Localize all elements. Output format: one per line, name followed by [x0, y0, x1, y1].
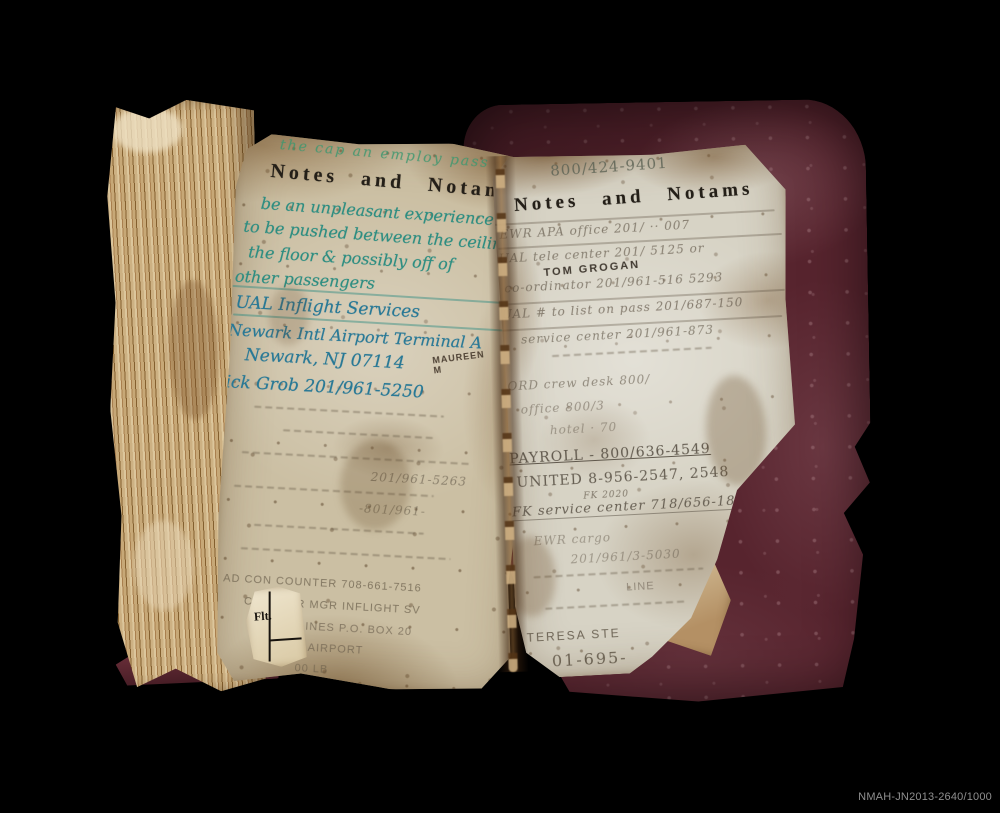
- page-edge-highlight: [112, 106, 183, 153]
- illegible-scribble: [283, 429, 433, 439]
- stamp-line: M: [433, 364, 443, 375]
- pencil-line: AIRPORT: [307, 642, 363, 657]
- page-edge-highlight: [133, 520, 195, 611]
- handwritten-line: Newark, NJ 07114: [244, 345, 405, 373]
- illegible-scribble: [552, 347, 712, 358]
- handwritten-line: UAL Inflight Services: [235, 293, 420, 323]
- right-top-number: 800/424-9401: [550, 154, 669, 180]
- pencil-line: 00 LB: [294, 662, 328, 676]
- pencil-line: UAL # to list on pass 201/687-150: [501, 295, 743, 322]
- photo-caption: NMAH-JN2013-2640/1000: [858, 791, 992, 803]
- page-edge-shadow: [168, 279, 221, 420]
- pencil-line: LINE: [626, 580, 655, 593]
- pencil-line: hotel · 70: [550, 420, 618, 438]
- pencil-line: office 800/3: [520, 398, 605, 416]
- illegible-scribble: [533, 567, 703, 578]
- pencil-line: ORD crew desk 800/: [507, 372, 650, 393]
- stain: [338, 438, 413, 532]
- maureen-stamp: MAUREEN M: [432, 349, 487, 375]
- pencil-line: 201/961/3-5030: [570, 547, 681, 567]
- illegible-scribble: [241, 547, 451, 560]
- handwritten-line: ick Grob 201/961-5250: [225, 372, 424, 402]
- illegible-scribble: [254, 524, 424, 535]
- pencil-line: AD CON COUNTER 708-661-7516: [223, 572, 422, 594]
- stamp-line: MAUREEN: [432, 349, 485, 365]
- pencil-line: PAYROLL - 800/636-4549: [509, 441, 711, 468]
- fragment-rule: [269, 592, 271, 662]
- bottom-name: TERESA STE: [526, 626, 621, 645]
- bottom-number: 01-695-: [551, 648, 628, 671]
- pencil-line: co-ordinator 201/961-516 5293: [504, 270, 724, 295]
- pencil-line: FK service center 718/656-1897: [512, 493, 755, 522]
- fragment-rule: [270, 637, 302, 641]
- photo-frame: the cap an employ pass Notes and Notams …: [0, 0, 1000, 813]
- right-notes-header: Notes and Notams: [513, 178, 754, 217]
- pencil-line: UNITED 8-956-2547, 2548: [516, 464, 730, 491]
- flt-label: Flt.: [253, 608, 272, 624]
- flt-fragment: Flt.: [244, 585, 307, 669]
- illegible-scribble: [545, 600, 685, 610]
- illegible-scribble: [254, 406, 444, 418]
